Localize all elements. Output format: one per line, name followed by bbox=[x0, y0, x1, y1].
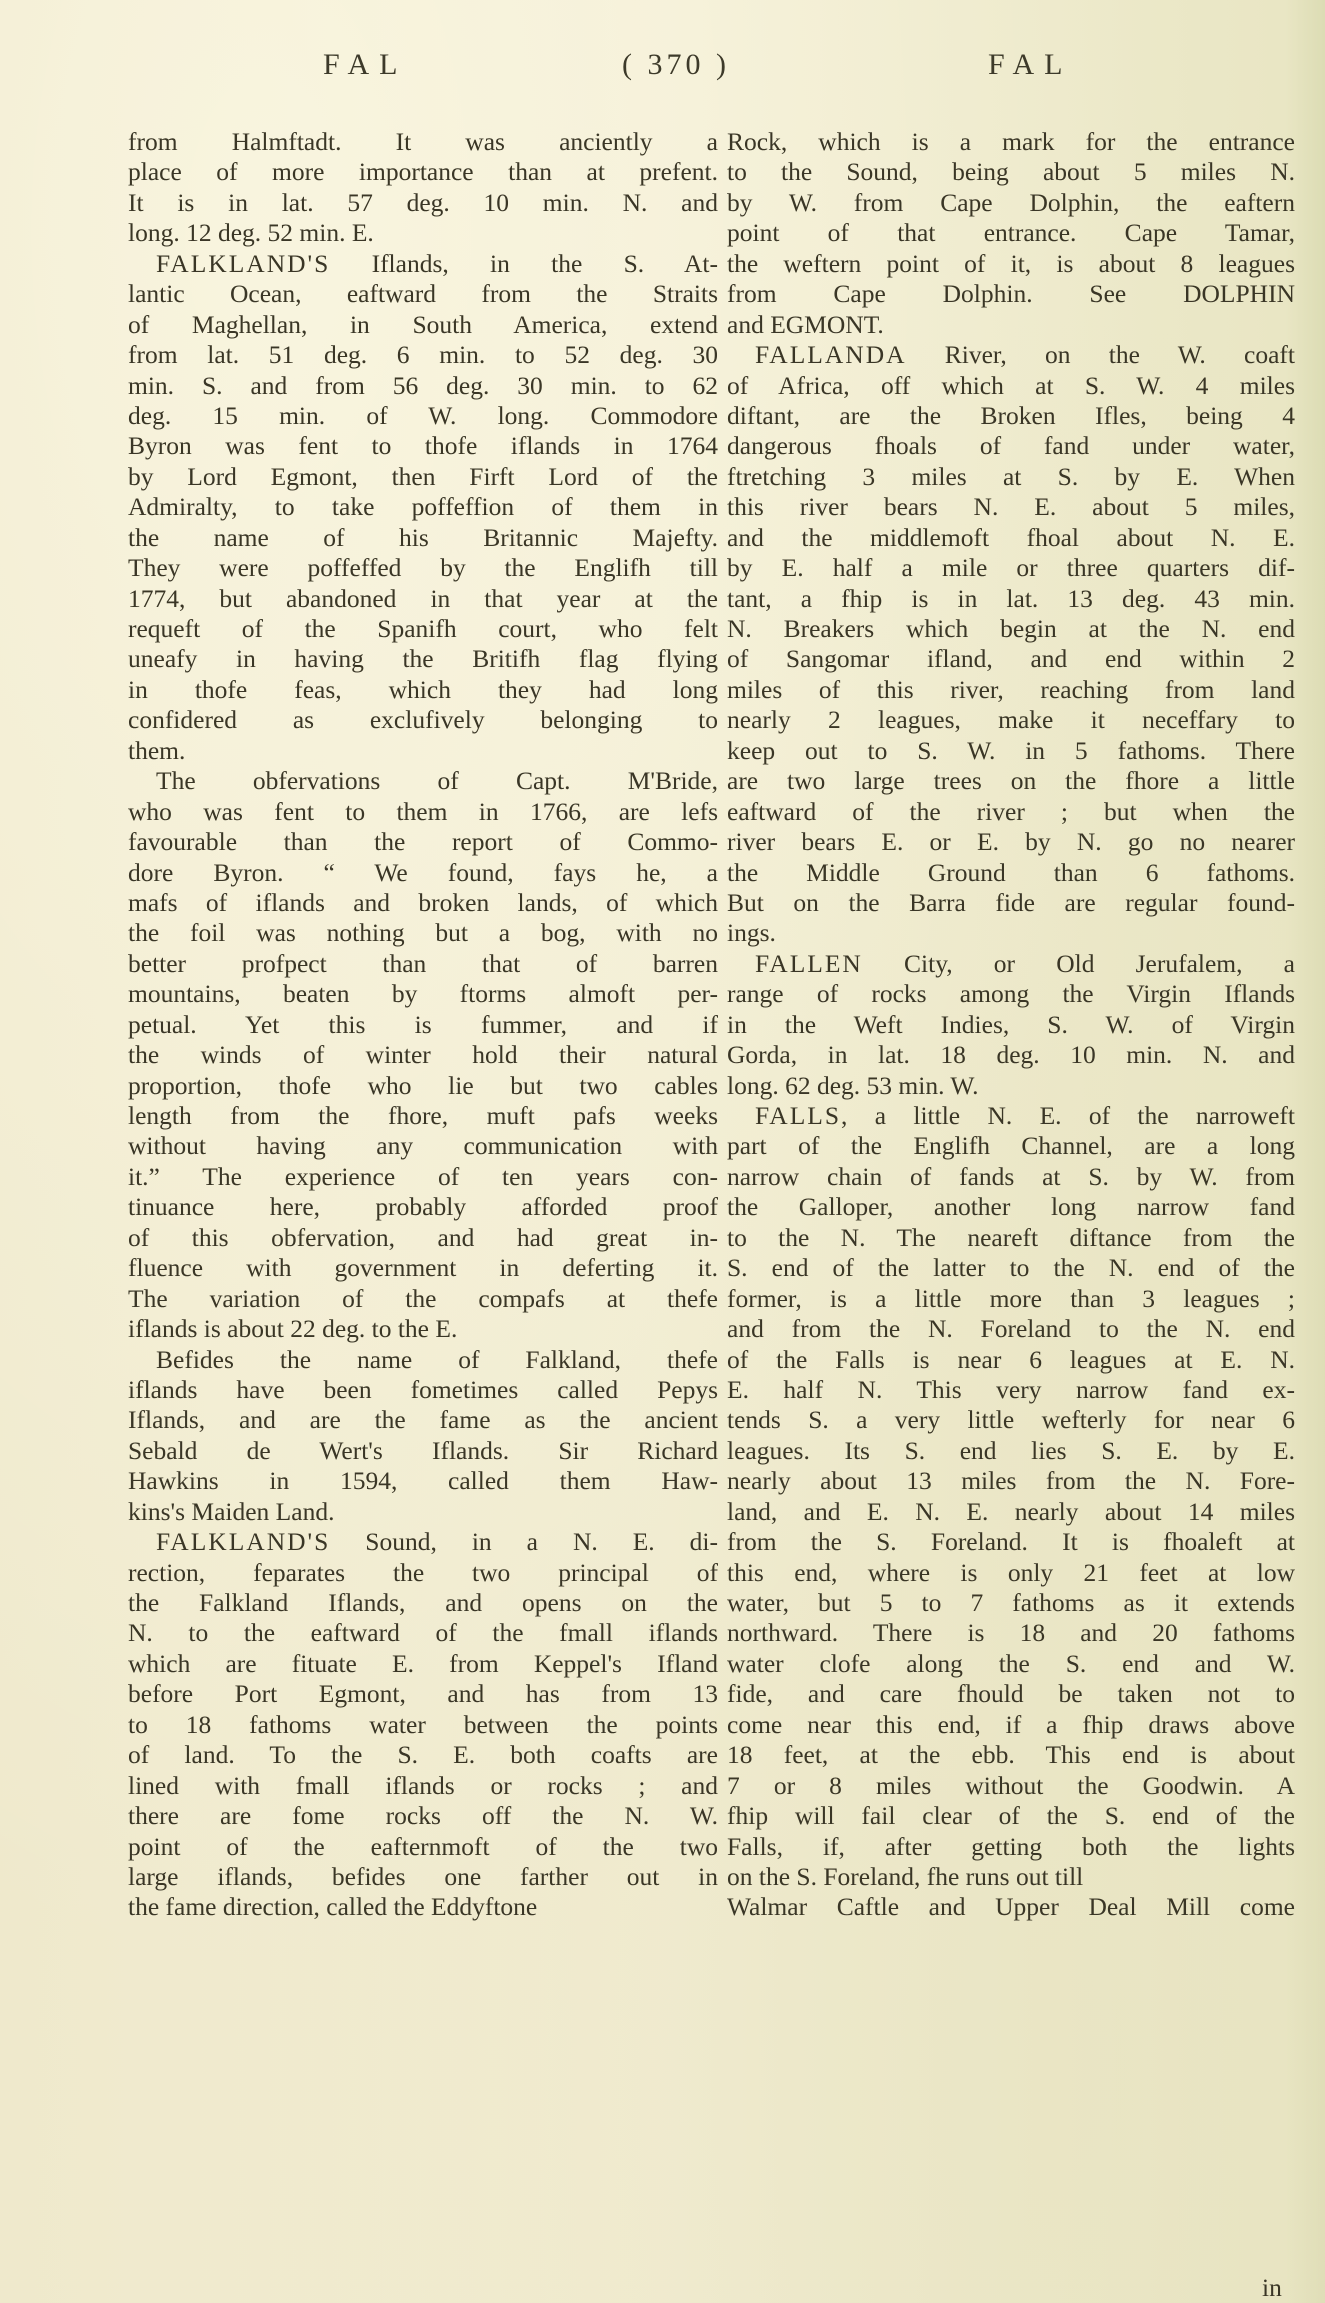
text-line: river bears E. or E. by N. go no nearer bbox=[727, 827, 1295, 857]
text-line: the Galloper, another long narrow fand bbox=[727, 1192, 1295, 1222]
text-line: leagues. Its S. end lies S. E. by E. bbox=[727, 1436, 1295, 1466]
text-line: FALKLAND'S Iflands, in the S. At- bbox=[128, 249, 718, 279]
text-line: by Lord Egmont, then Firft Lord of the bbox=[128, 462, 718, 492]
text-line: N. to the eaftward of the fmall iflands bbox=[128, 1618, 718, 1648]
text-line: to the N. The neareft diftance from the bbox=[727, 1223, 1295, 1253]
text-line: the foil was nothing but a bog, with no bbox=[128, 918, 718, 948]
text-line: and EGMONT. bbox=[727, 310, 1295, 340]
text-line: of land. To the S. E. both coafts are bbox=[128, 1740, 718, 1770]
text-line: land, and E. N. E. nearly about 14 miles bbox=[727, 1497, 1295, 1527]
text-line: are two large trees on the fhore a littl… bbox=[727, 766, 1295, 796]
text-line: dore Byron. “ We found, fays he, a bbox=[128, 858, 718, 888]
text-line: Falls, if, after getting both the lights bbox=[727, 1832, 1295, 1862]
text-line: by E. half a mile or three quarters dif- bbox=[727, 553, 1295, 583]
text-line: the name of his Britannic Majefty. bbox=[128, 523, 718, 553]
text-line: and from the N. Foreland to the N. end bbox=[727, 1314, 1295, 1344]
text-line: 7 or 8 miles without the Goodwin. A bbox=[727, 1771, 1295, 1801]
text-line: fide, and care fhould be taken not to bbox=[727, 1679, 1295, 1709]
text-line: confidered as exclufively belonging to bbox=[128, 705, 718, 735]
text-line: point of that entrance. Cape Tamar, bbox=[727, 218, 1295, 248]
text-line: lined with fmall iflands or rocks ; and bbox=[128, 1771, 718, 1801]
text-line: which are fituate E. from Keppel's Iflan… bbox=[128, 1649, 718, 1679]
text-line: of this obfervation, and had great in- bbox=[128, 1223, 718, 1253]
text-line: to 18 fathoms water between the points bbox=[128, 1710, 718, 1740]
text-line: proportion, thofe who lie but two cables bbox=[128, 1071, 718, 1101]
text-line: northward. There is 18 and 20 fathoms bbox=[727, 1618, 1295, 1648]
text-line: deg. 15 min. of W. long. Commodore bbox=[128, 401, 718, 431]
text-line: lantic Ocean, eaftward from the Straits bbox=[128, 279, 718, 309]
text-line: narrow chain of fands at S. by W. from bbox=[727, 1162, 1295, 1192]
text-line: there are fome rocks off the N. W. bbox=[128, 1801, 718, 1831]
text-line: from lat. 51 deg. 6 min. to 52 deg. 30 bbox=[128, 340, 718, 370]
text-line: dangerous fhoals of fand under water, bbox=[727, 431, 1295, 461]
text-line: Rock, which is a mark for the entrance bbox=[727, 127, 1295, 157]
text-line: kins's Maiden Land. bbox=[128, 1497, 718, 1527]
left-column: from Halmftadt. It was anciently aplace … bbox=[128, 127, 718, 1923]
text-line: It is in lat. 57 deg. 10 min. N. and bbox=[128, 188, 718, 218]
text-line: range of rocks among the Virgin Iflands bbox=[727, 979, 1295, 1009]
text-line: the Falkland Iflands, and opens on the bbox=[128, 1588, 718, 1618]
text-line: without having any communication with bbox=[128, 1131, 718, 1161]
text-line: on the S. Foreland, fhe runs out till bbox=[727, 1862, 1295, 1892]
text-line: nearly 2 leagues, make it neceffary to bbox=[727, 705, 1295, 735]
text-line: before Port Egmont, and has from 13 bbox=[128, 1679, 718, 1709]
text-line: in the Weft Indies, S. W. of Virgin bbox=[727, 1010, 1295, 1040]
text-line: 18 feet, at the ebb. This end is about bbox=[727, 1740, 1295, 1770]
text-line: requeft of the Spanifh court, who felt bbox=[128, 614, 718, 644]
text-line: water clofe along the S. end and W. bbox=[727, 1649, 1295, 1679]
text-line: from Halmftadt. It was anciently a bbox=[128, 127, 718, 157]
text-line: iflands have been fometimes called Pepys bbox=[128, 1375, 718, 1405]
text-line: Admiralty, to take poffeffion of them in bbox=[128, 492, 718, 522]
text-line: of Maghellan, in South America, extend bbox=[128, 310, 718, 340]
text-line: by W. from Cape Dolphin, the eaftern bbox=[727, 188, 1295, 218]
catchword: in bbox=[1262, 2273, 1282, 2303]
text-line: in thofe feas, which they had long bbox=[128, 675, 718, 705]
text-line: Hawkins in 1594, called them Haw- bbox=[128, 1466, 718, 1496]
text-line: mafs of iflands and broken lands, of whi… bbox=[128, 888, 718, 918]
text-line: The obfervations of Capt. M'Bride, bbox=[128, 766, 718, 796]
text-line: come near this end, if a fhip draws abov… bbox=[727, 1710, 1295, 1740]
text-line: Byron was fent to thofe iflands in 1764 bbox=[128, 431, 718, 461]
text-line: FALKLAND'S Sound, in a N. E. di- bbox=[128, 1527, 718, 1557]
text-line: point of the eafternmoft of the two bbox=[128, 1832, 718, 1862]
text-line: to the Sound, being about 5 miles N. bbox=[727, 157, 1295, 187]
text-line: Sebald de Wert's Iflands. Sir Richard bbox=[128, 1436, 718, 1466]
running-header: FAL ( 370 ) FAL bbox=[0, 48, 1325, 98]
text-line: FALLS, a little N. E. of the narroweft bbox=[727, 1101, 1295, 1131]
text-line: FALLEN City, or Old Jerufalem, a bbox=[727, 949, 1295, 979]
text-line: tinuance here, probably afforded proof bbox=[128, 1192, 718, 1222]
text-line: who was fent to them in 1766, are lefs bbox=[128, 797, 718, 827]
text-line: 1774, but abandoned in that year at the bbox=[128, 584, 718, 614]
text-line: min. S. and from 56 deg. 30 min. to 62 bbox=[128, 371, 718, 401]
text-line: petual. Yet this is fummer, and if bbox=[128, 1010, 718, 1040]
right-column: Rock, which is a mark for the entranceto… bbox=[727, 127, 1295, 1923]
text-line: But on the Barra fide are regular found- bbox=[727, 888, 1295, 918]
text-line: S. end of the latter to the N. end of th… bbox=[727, 1253, 1295, 1283]
text-line: tends S. a very little wefterly for near… bbox=[727, 1405, 1295, 1435]
text-line: water, but 5 to 7 fathoms as it extends bbox=[727, 1588, 1295, 1618]
text-line: E. half N. This very narrow fand ex- bbox=[727, 1375, 1295, 1405]
text-line: of the Falls is near 6 leagues at E. N. bbox=[727, 1345, 1295, 1375]
text-line: fluence with government in deferting it. bbox=[128, 1253, 718, 1283]
header-left-guideword: FAL bbox=[323, 48, 407, 82]
text-line: the winds of winter hold their natural bbox=[128, 1040, 718, 1070]
header-right-guideword: FAL bbox=[988, 48, 1072, 82]
text-line: Gorda, in lat. 18 deg. 10 min. N. and bbox=[727, 1040, 1295, 1070]
text-line: the weftern point of it, is about 8 leag… bbox=[727, 249, 1295, 279]
entry-headword: FALKLAND'S bbox=[156, 249, 330, 278]
entry-headword: FALKLAND'S bbox=[156, 1527, 330, 1556]
text-line: former, is a little more than 3 leagues … bbox=[727, 1284, 1295, 1314]
text-line: length from the fhore, muft pafs weeks bbox=[128, 1101, 718, 1131]
text-line: Iflands, and are the fame as the ancient bbox=[128, 1405, 718, 1435]
text-line: miles of this river, reaching from land bbox=[727, 675, 1295, 705]
scanned-page: FAL ( 370 ) FAL from Halmftadt. It was a… bbox=[0, 0, 1325, 2303]
text-line: from Cape Dolphin. See DOLPHIN bbox=[727, 279, 1295, 309]
text-line: Walmar Caftle and Upper Deal Mill come bbox=[727, 1892, 1295, 1922]
text-line: place of more importance than at prefent… bbox=[128, 157, 718, 187]
text-line: They were poffeffed by the Englifh till bbox=[128, 553, 718, 583]
page-number: ( 370 ) bbox=[622, 48, 730, 82]
text-line: tant, a fhip is in lat. 13 deg. 43 min. bbox=[727, 584, 1295, 614]
text-line: part of the Englifh Channel, are a long bbox=[727, 1131, 1295, 1161]
text-line: eaftward of the river ; but when the bbox=[727, 797, 1295, 827]
text-line: FALLANDA River, on the W. coaft bbox=[727, 340, 1295, 370]
text-line: ftretching 3 miles at S. by E. When bbox=[727, 462, 1295, 492]
text-line: this end, where is only 21 feet at low bbox=[727, 1558, 1295, 1588]
entry-headword: FALLEN bbox=[755, 949, 863, 978]
entry-headword: FALLS bbox=[755, 1101, 841, 1130]
text-line: large iflands, befides one farther out i… bbox=[128, 1862, 718, 1892]
text-line: them. bbox=[128, 736, 718, 766]
text-line: and the middlemoft fhoal about N. E. bbox=[727, 523, 1295, 553]
text-line: mountains, beaten by ftorms almoft per- bbox=[128, 979, 718, 1009]
text-line: Befides the name of Falkland, thefe bbox=[128, 1345, 718, 1375]
text-line: better profpect than that of barren bbox=[128, 949, 718, 979]
text-line: long. 62 deg. 53 min. W. bbox=[727, 1071, 1295, 1101]
text-line: long. 12 deg. 52 min. E. bbox=[128, 218, 718, 248]
text-line: from the S. Foreland. It is fhoaleft at bbox=[727, 1527, 1295, 1557]
text-line: nearly about 13 miles from the N. Fore- bbox=[727, 1466, 1295, 1496]
text-line: this river bears N. E. about 5 miles, bbox=[727, 492, 1295, 522]
text-line: keep out to S. W. in 5 fathoms. There bbox=[727, 736, 1295, 766]
text-line: it.” The experience of ten years con- bbox=[128, 1162, 718, 1192]
text-line: of Sangomar ifland, and end within 2 bbox=[727, 644, 1295, 674]
text-line: ings. bbox=[727, 918, 1295, 948]
text-line: rection, feparates the two principal of bbox=[128, 1558, 718, 1588]
entry-headword: FALLANDA bbox=[755, 340, 907, 369]
text-line: uneafy in having the Britifh flag flying bbox=[128, 644, 718, 674]
text-line: the Middle Ground than 6 fathoms. bbox=[727, 858, 1295, 888]
text-line: the fame direction, called the Eddyftone bbox=[128, 1892, 718, 1922]
text-line: fhip will fail clear of the S. end of th… bbox=[727, 1801, 1295, 1831]
text-line: diftant, are the Broken Ifles, being 4 bbox=[727, 401, 1295, 431]
text-line: N. Breakers which begin at the N. end bbox=[727, 614, 1295, 644]
text-line: The variation of the compafs at thefe bbox=[128, 1284, 718, 1314]
text-line: iflands is about 22 deg. to the E. bbox=[128, 1314, 718, 1344]
text-line: of Africa, off which at S. W. 4 miles bbox=[727, 371, 1295, 401]
text-line: favourable than the report of Commo- bbox=[128, 827, 718, 857]
